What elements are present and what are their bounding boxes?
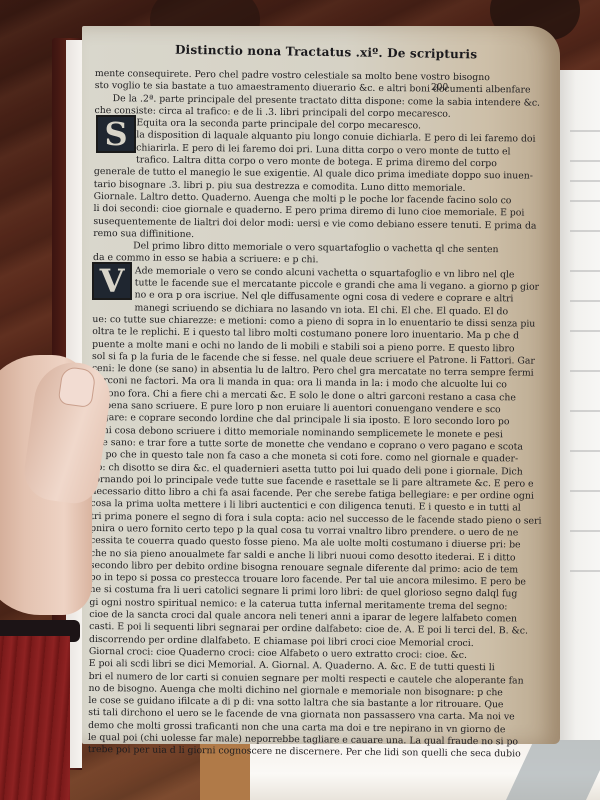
red-knit-sleeve bbox=[0, 636, 70, 800]
facing-page-right bbox=[558, 70, 600, 740]
body-text: mente consequirete. Pero chel padre vost… bbox=[88, 68, 555, 761]
thumbnail bbox=[58, 366, 97, 408]
